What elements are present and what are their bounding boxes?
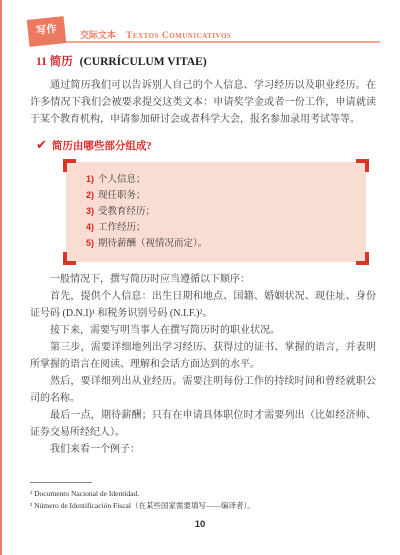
section-title-spanish: Textos Comunicativos: [126, 31, 231, 41]
list-item: 1)个人信息；: [86, 172, 356, 188]
body-paragraph: 然后，要详细列出从业经历。需要注明每份工作的持续时间和曾经就职公司的名称。: [30, 373, 376, 407]
corner-bracket-bottom-right: [356, 252, 369, 265]
list-item-text: 期待薪酬（视情况而定）。: [98, 239, 207, 249]
corner-bracket-top-left: [63, 159, 76, 172]
book-page: 写作 交际文本 Textos Comunicativos 11 简历 (CURR…: [0, 0, 400, 555]
section-title-chinese: 交际文本: [80, 30, 116, 40]
footnotes: ¹ Documento Nacional de Identidad. ² Núm…: [30, 482, 376, 512]
list-item: 3)受教育经历；: [86, 204, 356, 220]
question-heading-label: 简历由哪些部分组成?: [52, 138, 152, 153]
section-title: 交际文本 Textos Comunicativos: [80, 25, 231, 43]
list-item-number: 5): [86, 238, 94, 248]
checkmark-icon: ✔: [36, 139, 47, 152]
footnote: ¹ Documento Nacional de Identidad.: [30, 488, 376, 500]
list-item-text: 受教育经历；: [98, 207, 155, 217]
corner-bracket-top-right: [356, 159, 369, 172]
page-title-number: 11 简历: [36, 56, 73, 68]
list-item-number: 4): [86, 222, 94, 232]
question-heading: ✔ 简历由哪些部分组成?: [36, 137, 376, 153]
intro-paragraph: 通过简历我们可以告诉别人自己的个人信息、学习经历以及职业经历。在许多情况下我们会…: [30, 77, 376, 128]
list-item-number: 3): [86, 206, 94, 216]
body-paragraph: 第三步，需要详细地列出学习经历、获得过的证书、掌握的语言，并表明所掌握的语言在阅…: [30, 339, 376, 373]
list-item: 2)现任职务；: [86, 188, 356, 204]
main-content: 通过简历我们可以告诉别人自己的个人信息、学习经历以及职业经历。在许多情况下我们会…: [30, 77, 376, 458]
list-item-text: 个人信息；: [98, 175, 146, 185]
list-item: 5)期待薪酬（视情况而定）。: [86, 236, 356, 252]
page-edge-accent-line: [0, 0, 2, 555]
list-item-number: 2): [86, 190, 94, 200]
body-paragraph: 最后一点，期待薪酬；只有在申请具体职位时才需要列出（比如经济师、证券交易所经纪人…: [30, 407, 376, 441]
body-paragraph: 首先，提供个人信息：出生日期和地点、国籍、婚姻状况、现住址、身份证号码 (D.N…: [30, 288, 376, 322]
list-item-number: 1): [86, 174, 94, 184]
cv-parts-box: 1)个人信息； 2)现任职务； 3)受教育经历； 4)工作经历； 5)期待薪酬（…: [66, 162, 366, 262]
page-header: 写作 交际文本 Textos Comunicativos: [30, 20, 380, 43]
list-item-text: 现任职务；: [98, 191, 146, 201]
chapter-badge: 写作: [27, 16, 67, 46]
corner-bracket-bottom-left: [63, 252, 76, 265]
page-title-spanish: (CURRÍCULUM VITAE): [80, 56, 207, 68]
body-paragraph: 我们来看一个例子：: [30, 441, 376, 458]
body-paragraph: 接下来，需要写明当事人在撰写简历时的职业状况。: [30, 322, 376, 339]
footnote: ² Número de Identificación Fiscal（在某些国家需…: [30, 500, 376, 512]
list-item-text: 工作经历；: [98, 223, 146, 233]
page-number: 10: [0, 519, 400, 530]
footnote-separator: [30, 482, 92, 483]
body-paragraph: 一般情况下，撰写简历时应当遵循以下顺序：: [30, 271, 376, 288]
page-title: 11 简历 (CURRÍCULUM VITAE): [36, 53, 207, 69]
list-item: 4)工作经历；: [86, 220, 356, 236]
